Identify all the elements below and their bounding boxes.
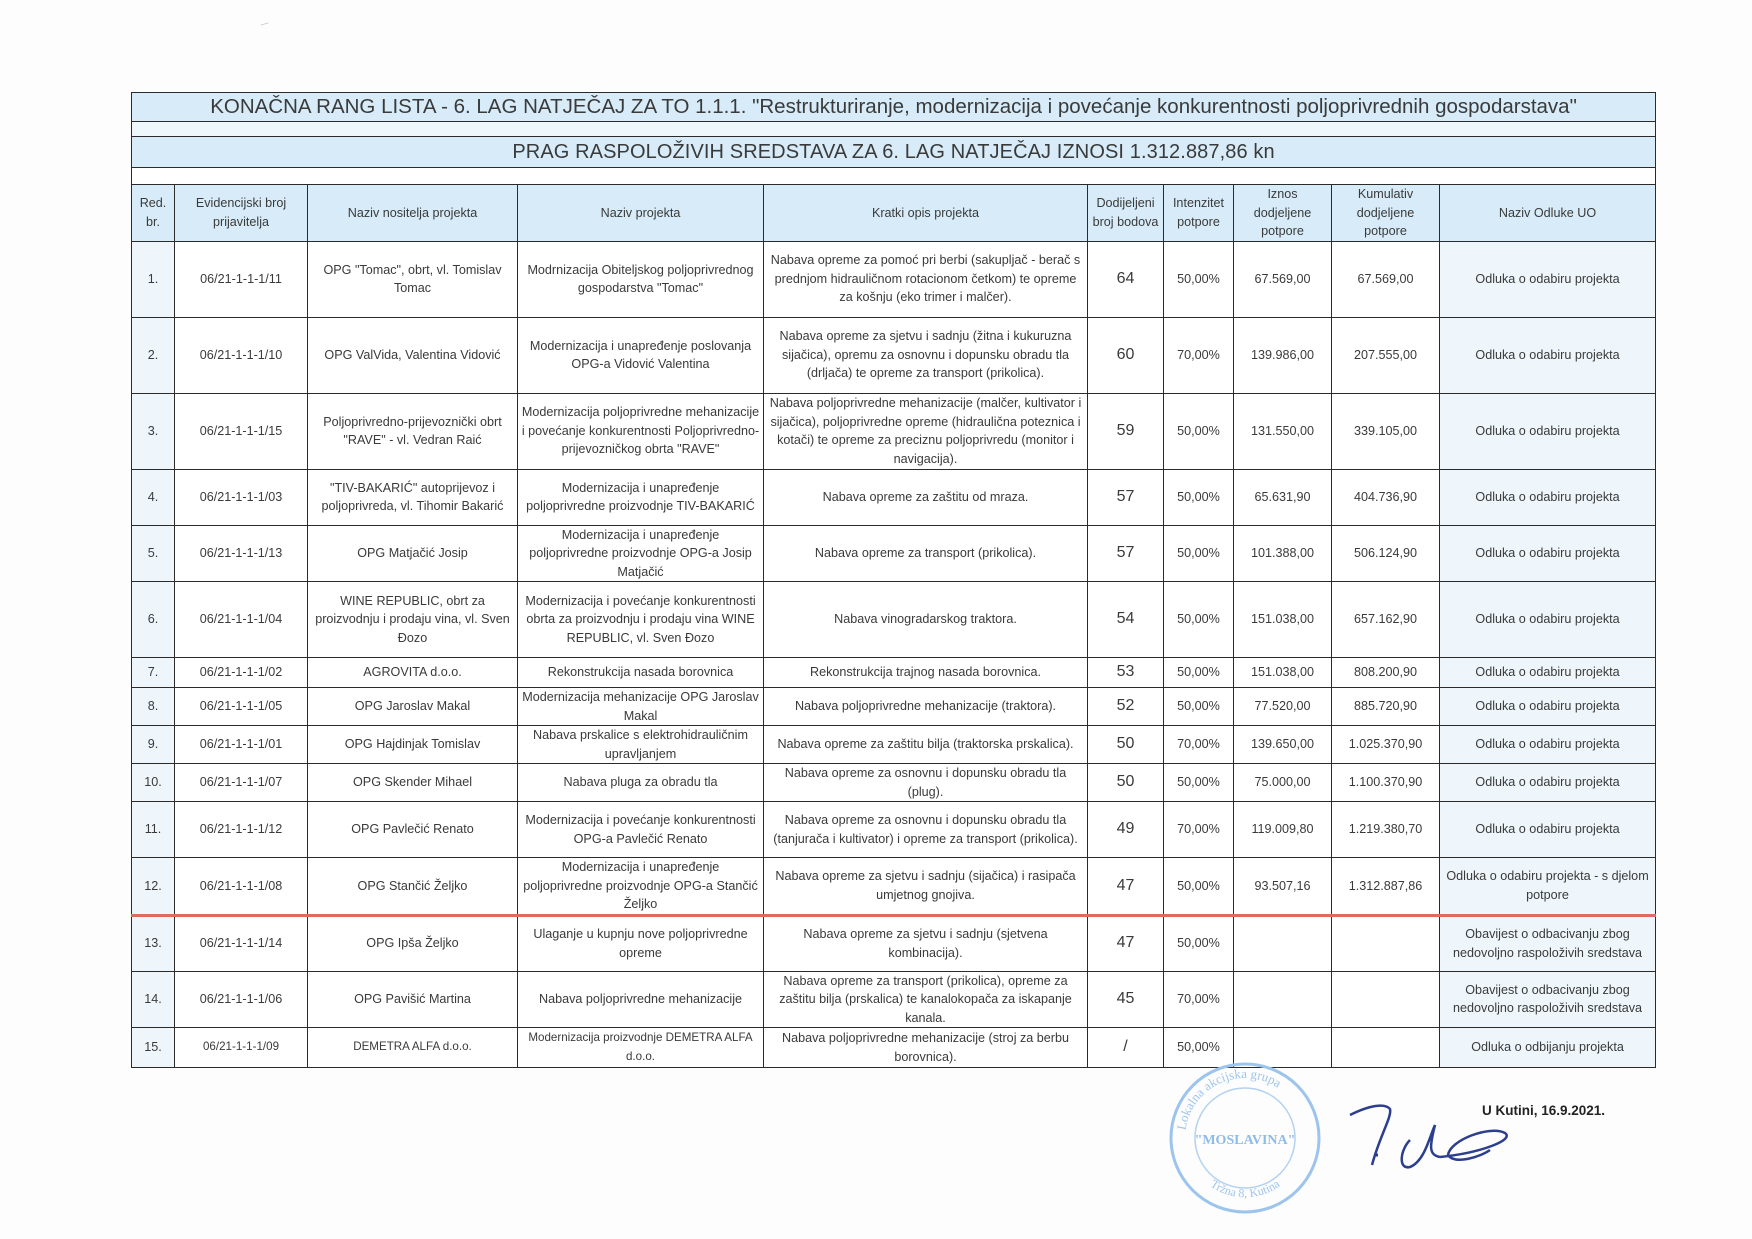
project-description: Nabava opreme za osnovnu i dopunsku obra… bbox=[764, 802, 1088, 858]
document-title: KONAČNA RANG LISTA - 6. LAG NATJEČAJ ZA … bbox=[132, 93, 1656, 122]
project-name: Modernizacija i unapređenje poljoprivred… bbox=[518, 525, 764, 582]
col-header-decision: Naziv Odluke UO bbox=[1440, 185, 1656, 242]
applicant-id: 06/21-1-1-1/11 bbox=[175, 241, 308, 317]
table-row: 14.06/21-1-1-1/06OPG Pavišić MartinaNaba… bbox=[132, 971, 1656, 1028]
points: 52 bbox=[1088, 688, 1164, 726]
decision-name: Obavijest o odbacivanju zbog nedovoljno … bbox=[1440, 971, 1656, 1028]
project-name: Modernizacija i unapređenje poljoprivred… bbox=[518, 858, 764, 916]
decision-name: Odluka o odabiru projekta bbox=[1440, 317, 1656, 393]
place-and-date: U Kutini, 16.9.2021. bbox=[1482, 1103, 1605, 1118]
row-number: 11. bbox=[132, 802, 175, 858]
project-holder: OPG Hajdinjak Tomislav bbox=[308, 726, 518, 764]
project-description: Nabava poljoprivredne mehanizacije (malč… bbox=[764, 393, 1088, 469]
project-holder: OPG Matjačić Josip bbox=[308, 525, 518, 582]
project-description: Nabava opreme za sjetvu i sadnju (sijači… bbox=[764, 858, 1088, 916]
cumulative-support: 404.736,90 bbox=[1332, 469, 1440, 525]
support-intensity: 70,00% bbox=[1164, 971, 1234, 1028]
spacer bbox=[132, 122, 1656, 137]
decision-name: Odluka o odabiru projekta bbox=[1440, 802, 1656, 858]
project-description: Nabava opreme za pomoć pri berbi (sakupl… bbox=[764, 241, 1088, 317]
applicant-id: 06/21-1-1-1/03 bbox=[175, 469, 308, 525]
decision-name: Obavijest o odbacivanju zbog nedovoljno … bbox=[1440, 915, 1656, 971]
support-intensity: 50,00% bbox=[1164, 688, 1234, 726]
cumulative-support: 1.219.380,70 bbox=[1332, 802, 1440, 858]
project-name: Rekonstrukcija nasada borovnica bbox=[518, 658, 764, 688]
applicant-id: 06/21-1-1-1/12 bbox=[175, 802, 308, 858]
project-holder: OPG Ipša Željko bbox=[308, 915, 518, 971]
support-intensity: 50,00% bbox=[1164, 393, 1234, 469]
project-holder: OPG Pavišić Martina bbox=[308, 971, 518, 1028]
cumulative-support: 808.200,90 bbox=[1332, 658, 1440, 688]
project-holder: OPG Pavlečić Renato bbox=[308, 802, 518, 858]
table-row: 2.06/21-1-1-1/10OPG ValVida, Valentina V… bbox=[132, 317, 1656, 393]
support-amount: 151.038,00 bbox=[1234, 582, 1332, 658]
project-holder: OPG Skender Mihael bbox=[308, 764, 518, 802]
row-number: 10. bbox=[132, 764, 175, 802]
project-description: Nabava opreme za zaštitu od mraza. bbox=[764, 469, 1088, 525]
decision-name: Odluka o odabiru projekta bbox=[1440, 241, 1656, 317]
cumulative-support: 506.124,90 bbox=[1332, 525, 1440, 582]
project-name: Ulaganje u kupnju nove poljoprivredne op… bbox=[518, 915, 764, 971]
col-header-holder: Naziv nositelja projekta bbox=[308, 185, 518, 242]
table-row: 10.06/21-1-1-1/07OPG Skender MihaelNabav… bbox=[132, 764, 1656, 802]
applicant-id: 06/21-1-1-1/02 bbox=[175, 658, 308, 688]
spacer bbox=[132, 168, 1656, 185]
applicant-id: 06/21-1-1-1/06 bbox=[175, 971, 308, 1028]
project-name: Modernizacija i povećanje konkurentnosti… bbox=[518, 802, 764, 858]
points: 59 bbox=[1088, 393, 1164, 469]
support-amount: 67.569,00 bbox=[1234, 241, 1332, 317]
applicant-id: 06/21-1-1-1/14 bbox=[175, 915, 308, 971]
support-intensity: 50,00% bbox=[1164, 525, 1234, 582]
points: 60 bbox=[1088, 317, 1164, 393]
decision-name: Odluka o odabiru projekta bbox=[1440, 393, 1656, 469]
project-description: Nabava poljoprivredne mehanizacije (trak… bbox=[764, 688, 1088, 726]
support-intensity: 70,00% bbox=[1164, 802, 1234, 858]
applicant-id: 06/21-1-1-1/01 bbox=[175, 726, 308, 764]
table-row: 11.06/21-1-1-1/12OPG Pavlečić RenatoMode… bbox=[132, 802, 1656, 858]
table-row: 9.06/21-1-1-1/01OPG Hajdinjak TomislavNa… bbox=[132, 726, 1656, 764]
col-header-project: Naziv projekta bbox=[518, 185, 764, 242]
row-number: 14. bbox=[132, 971, 175, 1028]
support-intensity: 50,00% bbox=[1164, 658, 1234, 688]
svg-text:Lokalna akcijska grupa: Lokalna akcijska grupa bbox=[1174, 1066, 1285, 1131]
project-holder: OPG Jaroslav Makal bbox=[308, 688, 518, 726]
project-description: Nabava opreme za sjetvu i sadnju (sjetve… bbox=[764, 915, 1088, 971]
cumulative-support: 1.025.370,90 bbox=[1332, 726, 1440, 764]
support-amount: 139.650,00 bbox=[1234, 726, 1332, 764]
ranking-table: KONAČNA RANG LISTA - 6. LAG NATJEČAJ ZA … bbox=[131, 92, 1656, 1068]
decision-name: Odluka o odabiru projekta bbox=[1440, 726, 1656, 764]
points: 57 bbox=[1088, 469, 1164, 525]
decision-name: Odluka o odabiru projekta bbox=[1440, 469, 1656, 525]
support-amount: 93.507,16 bbox=[1234, 858, 1332, 916]
applicant-id: 06/21-1-1-1/13 bbox=[175, 525, 308, 582]
points: 54 bbox=[1088, 582, 1164, 658]
support-intensity: 70,00% bbox=[1164, 317, 1234, 393]
cumulative-support: 885.720,90 bbox=[1332, 688, 1440, 726]
project-description: Nabava poljoprivredne mehanizacije (stro… bbox=[764, 1028, 1088, 1068]
row-number: 9. bbox=[132, 726, 175, 764]
col-header-points: Dodijeljeni broj bodova bbox=[1088, 185, 1164, 242]
support-intensity: 50,00% bbox=[1164, 858, 1234, 916]
project-name: Nabava prskalice s elektrohidrauličnim u… bbox=[518, 726, 764, 764]
table-row: 7.06/21-1-1-1/02AGROVITA d.o.o.Rekonstru… bbox=[132, 658, 1656, 688]
decision-name: Odluka o odabiru projekta bbox=[1440, 525, 1656, 582]
support-amount: 139.986,00 bbox=[1234, 317, 1332, 393]
cumulative-support: 657.162,90 bbox=[1332, 582, 1440, 658]
project-name: Modrnizacija Obiteljskog poljoprivrednog… bbox=[518, 241, 764, 317]
table-row: 12.06/21-1-1-1/08OPG Stančić ŽeljkoModer… bbox=[132, 858, 1656, 916]
support-intensity: 50,00% bbox=[1164, 764, 1234, 802]
row-number: 1. bbox=[132, 241, 175, 317]
decision-name: Odluka o odabiru projekta bbox=[1440, 582, 1656, 658]
row-number: 8. bbox=[132, 688, 175, 726]
decision-name: Odluka o odabiru projekta - s djelom pot… bbox=[1440, 858, 1656, 916]
project-name: Modernizacija mehanizacije OPG Jaroslav … bbox=[518, 688, 764, 726]
row-number: 5. bbox=[132, 525, 175, 582]
support-amount: 77.520,00 bbox=[1234, 688, 1332, 726]
support-intensity: 70,00% bbox=[1164, 726, 1234, 764]
support-intensity: 50,00% bbox=[1164, 582, 1234, 658]
project-description: Nabava opreme za osnovnu i dopunsku obra… bbox=[764, 764, 1088, 802]
document-page: ⸝ KONAČNA RANG LISTA - 6. LAG NATJEČAJ Z… bbox=[0, 0, 1752, 1239]
project-holder: Poljoprivredno-prijevoznički obrt "RAVE"… bbox=[308, 393, 518, 469]
points: / bbox=[1088, 1028, 1164, 1068]
scan-mark-icon: ⸝ bbox=[259, 9, 292, 39]
cumulative-support bbox=[1332, 915, 1440, 971]
project-name: Modernizacija i unapređenje poljoprivred… bbox=[518, 469, 764, 525]
applicant-id: 06/21-1-1-1/07 bbox=[175, 764, 308, 802]
project-holder: "TIV-BAKARIĆ" autoprijevoz i poljoprivre… bbox=[308, 469, 518, 525]
funds-threshold: PRAG RASPOLOŽIVIH SREDSTAVA ZA 6. LAG NA… bbox=[132, 137, 1656, 168]
project-name: Nabava pluga za obradu tla bbox=[518, 764, 764, 802]
project-description: Nabava opreme za sjetvu i sadnju (žitna … bbox=[764, 317, 1088, 393]
points: 50 bbox=[1088, 764, 1164, 802]
project-description: Nabava opreme za transport (prikolica), … bbox=[764, 971, 1088, 1028]
table-row: 6.06/21-1-1-1/04WINE REPUBLIC, obrt za p… bbox=[132, 582, 1656, 658]
project-holder: WINE REPUBLIC, obrt za proizvodnju i pro… bbox=[308, 582, 518, 658]
project-name: Modernizacija proizvodnje DEMETRA ALFA d… bbox=[518, 1028, 764, 1068]
support-intensity: 50,00% bbox=[1164, 241, 1234, 317]
col-header-description: Kratki opis projekta bbox=[764, 185, 1088, 242]
col-header-id: Evidencijski broj prijavitelja bbox=[175, 185, 308, 242]
cumulative-support: 67.569,00 bbox=[1332, 241, 1440, 317]
support-amount bbox=[1234, 971, 1332, 1028]
row-number: 12. bbox=[132, 858, 175, 916]
support-amount: 119.009,80 bbox=[1234, 802, 1332, 858]
points: 47 bbox=[1088, 915, 1164, 971]
row-number: 13. bbox=[132, 915, 175, 971]
row-number: 4. bbox=[132, 469, 175, 525]
lag-moslavina-stamp-icon: "MOSLAVINA" Lokalna akcijska grupa Tržna… bbox=[1165, 1058, 1325, 1218]
project-name: Nabava poljoprivredne mehanizacije bbox=[518, 971, 764, 1028]
cumulative-support: 339.105,00 bbox=[1332, 393, 1440, 469]
applicant-id: 06/21-1-1-1/05 bbox=[175, 688, 308, 726]
points: 47 bbox=[1088, 858, 1164, 916]
row-number: 6. bbox=[132, 582, 175, 658]
table-row: 4.06/21-1-1-1/03"TIV-BAKARIĆ" autoprijev… bbox=[132, 469, 1656, 525]
applicant-id: 06/21-1-1-1/15 bbox=[175, 393, 308, 469]
table-row: 3.06/21-1-1-1/15Poljoprivredno-prijevozn… bbox=[132, 393, 1656, 469]
table-row: 13.06/21-1-1-1/14OPG Ipša ŽeljkoUlaganje… bbox=[132, 915, 1656, 971]
support-amount: 75.000,00 bbox=[1234, 764, 1332, 802]
svg-text:"MOSLAVINA": "MOSLAVINA" bbox=[1195, 1133, 1296, 1148]
project-holder: AGROVITA d.o.o. bbox=[308, 658, 518, 688]
row-number: 15. bbox=[132, 1028, 175, 1068]
svg-text:Tržna 8, Kutina: Tržna 8, Kutina bbox=[1208, 1176, 1283, 1200]
col-header-cumulative: Kumulativ dodjeljene potpore bbox=[1332, 185, 1440, 242]
project-description: Rekonstrukcija trajnog nasada borovnica. bbox=[764, 658, 1088, 688]
points: 53 bbox=[1088, 658, 1164, 688]
applicant-id: 06/21-1-1-1/09 bbox=[175, 1028, 308, 1068]
decision-name: Odluka o odabiru projekta bbox=[1440, 764, 1656, 802]
support-amount: 101.388,00 bbox=[1234, 525, 1332, 582]
support-intensity: 50,00% bbox=[1164, 469, 1234, 525]
row-number: 3. bbox=[132, 393, 175, 469]
support-amount: 151.038,00 bbox=[1234, 658, 1332, 688]
points: 57 bbox=[1088, 525, 1164, 582]
project-name: Modernizacija i povećanje konkurentnosti… bbox=[518, 582, 764, 658]
row-number: 2. bbox=[132, 317, 175, 393]
project-holder: OPG ValVida, Valentina Vidović bbox=[308, 317, 518, 393]
applicant-id: 06/21-1-1-1/10 bbox=[175, 317, 308, 393]
points: 45 bbox=[1088, 971, 1164, 1028]
points: 49 bbox=[1088, 802, 1164, 858]
project-holder: OPG "Tomac", obrt, vl. Tomislav Tomac bbox=[308, 241, 518, 317]
decision-name: Odluka o odabiru projekta bbox=[1440, 658, 1656, 688]
table-row: 8.06/21-1-1-1/05OPG Jaroslav MakalModern… bbox=[132, 688, 1656, 726]
project-description: Nabava opreme za zaštitu bilja (traktors… bbox=[764, 726, 1088, 764]
project-description: Nabava vinogradarskog traktora. bbox=[764, 582, 1088, 658]
decision-name: Odluka o odbijanju projekta bbox=[1440, 1028, 1656, 1068]
project-holder: DEMETRA ALFA d.o.o. bbox=[308, 1028, 518, 1068]
row-number: 7. bbox=[132, 658, 175, 688]
column-headers: Red. br. Evidencijski broj prijavitelja … bbox=[132, 185, 1656, 242]
points: 50 bbox=[1088, 726, 1164, 764]
project-holder: OPG Stančić Željko bbox=[308, 858, 518, 916]
applicant-id: 06/21-1-1-1/04 bbox=[175, 582, 308, 658]
table-row: 5.06/21-1-1-1/13OPG Matjačić JosipModern… bbox=[132, 525, 1656, 582]
support-amount: 131.550,00 bbox=[1234, 393, 1332, 469]
cumulative-support: 1.312.887,86 bbox=[1332, 858, 1440, 916]
support-amount: 65.631,90 bbox=[1234, 469, 1332, 525]
project-description: Nabava opreme za transport (prikolica). bbox=[764, 525, 1088, 582]
support-intensity: 50,00% bbox=[1164, 915, 1234, 971]
col-header-amount: Iznos dodjeljene potpore bbox=[1234, 185, 1332, 242]
cumulative-support: 1.100.370,90 bbox=[1332, 764, 1440, 802]
decision-name: Odluka o odabiru projekta bbox=[1440, 688, 1656, 726]
table-row: 15.06/21-1-1-1/09DEMETRA ALFA d.o.o.Mode… bbox=[132, 1028, 1656, 1068]
support-amount bbox=[1234, 915, 1332, 971]
project-name: Modernizacija poljoprivredne mehanizacij… bbox=[518, 393, 764, 469]
cumulative-support bbox=[1332, 1028, 1440, 1068]
cumulative-support: 207.555,00 bbox=[1332, 317, 1440, 393]
col-header-rb: Red. br. bbox=[132, 185, 175, 242]
table-row: 1.06/21-1-1-1/11OPG "Tomac", obrt, vl. T… bbox=[132, 241, 1656, 317]
applicant-id: 06/21-1-1-1/08 bbox=[175, 858, 308, 916]
col-header-intensity: Intenzitet potpore bbox=[1164, 185, 1234, 242]
points: 64 bbox=[1088, 241, 1164, 317]
project-name: Modernizacija i unapređenje poslovanja O… bbox=[518, 317, 764, 393]
cumulative-support bbox=[1332, 971, 1440, 1028]
